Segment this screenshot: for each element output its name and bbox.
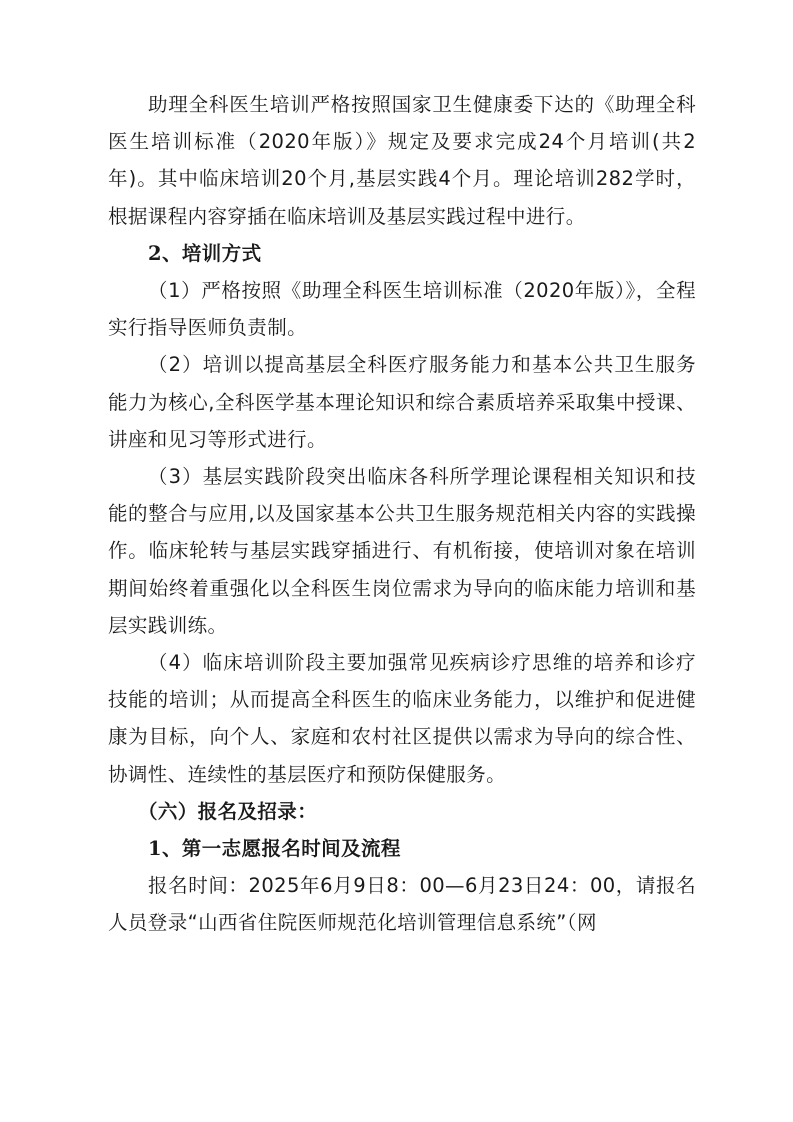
paragraph-method-2: （2）培训以提高基层全科医疗服务能力和基本公共卫生服务能力为核心,全科医学基本理…	[108, 346, 696, 458]
heading-first-choice-registration: 1、第一志愿报名时间及流程	[108, 830, 696, 867]
paragraph-method-1: （1）严格按照《助理全科医生培训标准（2020年版）》，全程实行指导医师负责制。	[108, 272, 696, 346]
heading-training-method: 2、培训方式	[108, 235, 696, 272]
paragraph-training-duration: 助理全科医生培训严格按照国家卫生健康委下达的《助理全科医生培训标准（2020年版…	[108, 86, 696, 235]
paragraph-method-3: （3）基层实践阶段突出临床各科所学理论课程相关知识和技能的整合与应用,以及国家基…	[108, 458, 696, 644]
paragraph-method-4: （4）临床培训阶段主要加强常见疾病诊疗思维的培养和诊疗技能的培训；从而提高全科医…	[108, 644, 696, 793]
heading-registration: （六）报名及招录：	[108, 793, 696, 830]
document-page: 助理全科医生培训严格按照国家卫生健康委下达的《助理全科医生培训标准（2020年版…	[108, 86, 696, 942]
paragraph-registration-time: 报名时间：2025年6月9日8：00—6月23日24：00，请报名人员登录“山西…	[108, 867, 696, 941]
